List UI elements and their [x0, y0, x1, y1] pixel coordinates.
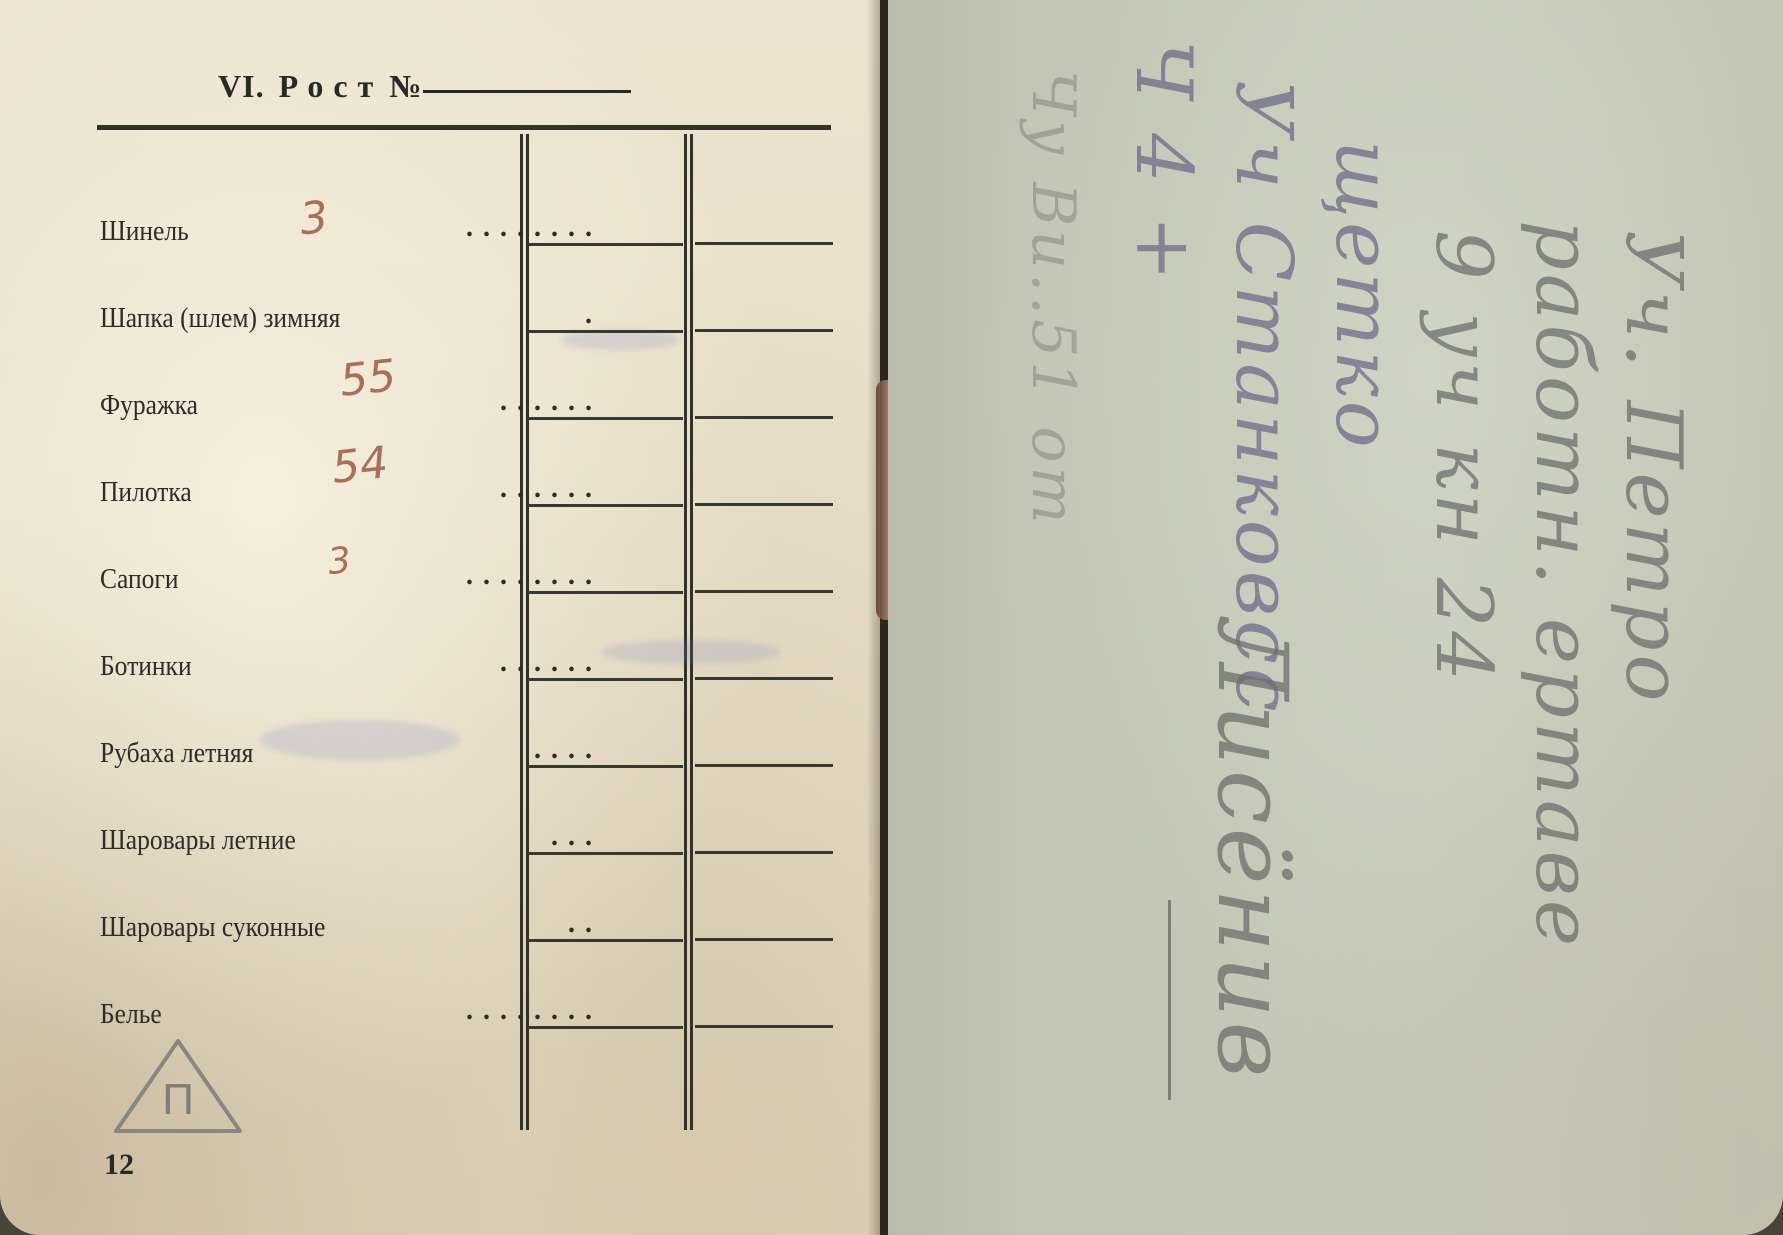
cell-line	[528, 591, 683, 594]
handwritten-line: Чу Ви..51 от	[1018, 70, 1088, 528]
item-label: Ботинки	[100, 650, 192, 683]
cell-line	[528, 939, 683, 942]
handwritten-size: 3	[326, 540, 353, 583]
signature: Лисёнив	[1196, 620, 1308, 1081]
cell-line	[528, 504, 683, 507]
cell-line	[695, 764, 833, 767]
triangle-stamp: П	[112, 1037, 244, 1137]
item-label: Шапка (шлем) зимняя	[100, 302, 340, 335]
item-label: Фуражка	[100, 389, 198, 422]
handwritten-size: 54	[329, 437, 390, 494]
cell-line	[695, 851, 833, 854]
booklet-spread: VI. Рост № Шинель ........ 3 Шапка (шлем…	[0, 0, 1783, 1235]
cell-line	[695, 590, 833, 593]
cell-line	[695, 677, 833, 680]
cell-line	[528, 417, 683, 420]
cell-line	[528, 330, 683, 333]
cell-line	[695, 329, 833, 332]
handwritten-line: щетко	[1318, 140, 1408, 452]
handwritten-size: 55	[337, 350, 398, 407]
leader-dots: ......	[500, 473, 602, 505]
item-label: Рубаха летняя	[100, 737, 253, 770]
cell-line	[528, 243, 683, 246]
row-botinki: Ботинки ......	[100, 645, 830, 685]
handwritten-line: работн. ертаве	[1518, 220, 1608, 950]
page-number: 12	[104, 1148, 134, 1182]
section-title-word: Рост	[279, 68, 384, 105]
leader-dots: ........	[466, 560, 602, 592]
item-label: Пилотка	[100, 476, 192, 509]
item-label: Белье	[100, 998, 162, 1031]
left-page-clothing-sizes: VI. Рост № Шинель ........ 3 Шапка (шлем…	[0, 0, 884, 1235]
row-shinel: Шинель ........ 3	[100, 210, 830, 250]
item-label: Шаровары летние	[100, 824, 296, 857]
leader-dots: ....	[534, 734, 602, 766]
cell-line	[695, 1025, 833, 1028]
stamp-letter: П	[112, 1075, 244, 1125]
leader-dots: ........	[466, 212, 602, 244]
row-furazhka: Фуражка ...... 55	[100, 384, 830, 424]
height-number-blank	[423, 90, 631, 93]
cell-line	[528, 765, 683, 768]
section-title: VI. Рост №	[218, 68, 631, 105]
handwritten-line: Уч. Петро	[1608, 230, 1698, 706]
row-belie: Белье ........	[100, 993, 830, 1033]
cell-line	[528, 852, 683, 855]
signature-underline	[1168, 900, 1171, 1100]
section-number: VI.	[218, 68, 265, 105]
item-label: Шаровары суконные	[100, 911, 325, 944]
leader-dots: ......	[500, 647, 602, 679]
leader-dots: ........	[466, 995, 602, 1027]
number-sign: №	[389, 68, 421, 105]
handwritten-line: Ч 4 +	[1118, 40, 1208, 285]
cell-line	[528, 1026, 683, 1029]
cell-line	[528, 678, 683, 681]
item-label: Шинель	[100, 215, 189, 248]
leader-dots: ......	[500, 386, 602, 418]
leader-dots: ...	[551, 821, 602, 853]
column-divider-1	[520, 134, 530, 1130]
row-sapogi: Сапоги ........ 3	[100, 558, 830, 598]
leader-dots: .	[585, 299, 602, 331]
leader-dots: ..	[568, 908, 602, 940]
row-pilotka: Пилотка ...... 54	[100, 471, 830, 511]
cell-line	[695, 416, 833, 419]
row-sharovary-letnie: Шаровары летние ...	[100, 819, 830, 859]
right-page-handwritten-notes: Уч. Петро работн. ертаве 9 уч кн 24 щетк…	[888, 0, 1783, 1235]
row-shapka: Шапка (шлем) зимняя .	[100, 297, 830, 337]
cell-line	[695, 503, 833, 506]
handwritten-size: 3	[297, 192, 330, 246]
handwritten-line: 9 уч кн 24	[1418, 230, 1508, 685]
cell-line	[695, 242, 833, 245]
cell-line	[695, 938, 833, 941]
row-rubakha: Рубаха летняя ....	[100, 732, 830, 772]
header-rule	[97, 125, 831, 130]
row-sharovary-sukonnye: Шаровары суконные ..	[100, 906, 830, 946]
column-divider-2	[684, 134, 694, 1130]
item-label: Сапоги	[100, 563, 179, 596]
